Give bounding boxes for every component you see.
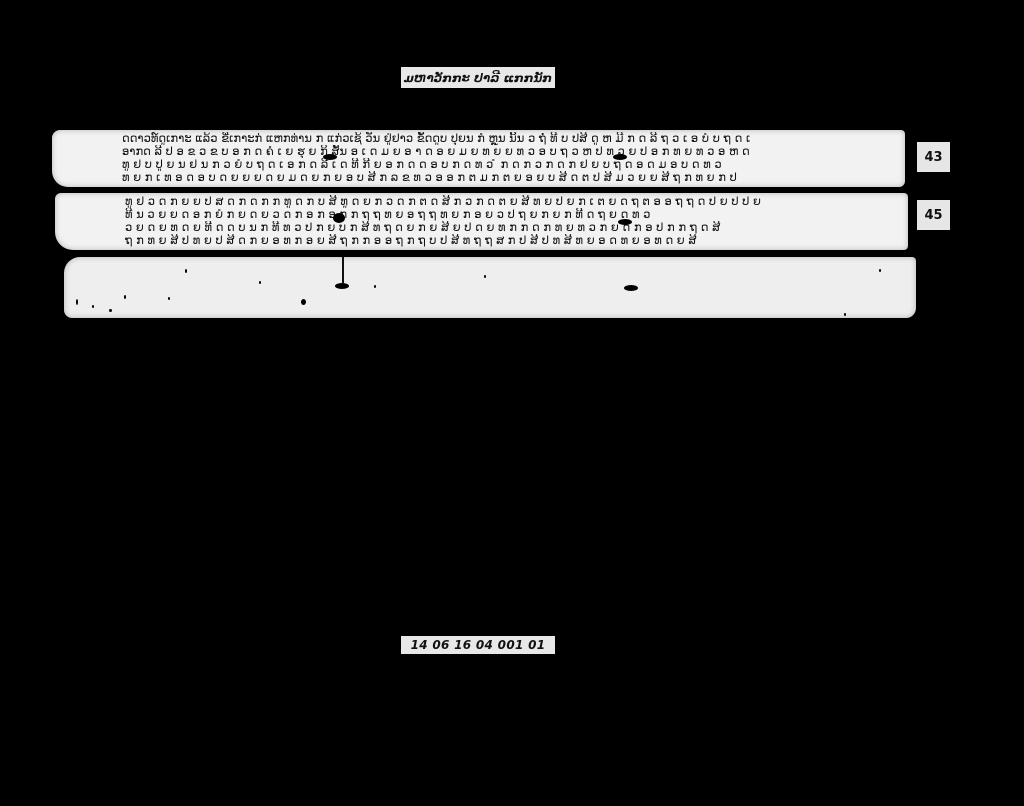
stain-spot (484, 275, 486, 278)
stain-spot (168, 297, 170, 300)
stain-spot (879, 269, 881, 272)
leaf-text-block: ທູ ຢ ວ ດ ກ ຍ ຍ ປ ສ ດ ກ ດ ກ ກ ທູ ດ ກ ບ ສີ… (125, 195, 848, 247)
string-mark (342, 257, 344, 283)
leaf-text-line: ທີ ນ ວ ຍ ຍ ດ ອ ກ ຍໍ ກ ຍ ດ ຍ ວ ດ ກ ອ ກ ອ … (125, 208, 848, 221)
stain-spot (259, 281, 261, 284)
leaf-text-block: ດດາວທ໌ດູເກາະ ແລ້ວ ຂີ່ເກາະກ່ ແຫກທ່ານ ກ ແກ… (122, 132, 845, 184)
string-hole (333, 213, 345, 223)
stain-spot (109, 309, 112, 312)
page-number-tag: 45 (917, 200, 950, 230)
manuscript-title-label: ມຫາວັກກະ ປາລີ ແກກນັກ (401, 67, 555, 88)
stain-spot (374, 285, 376, 288)
palm-leaf-blank (64, 257, 916, 318)
leaf-text-line: ທູ ຢ ບ ປູ ຍ ນ ຢ ນ ກ ວ ຍໍ ບ ຖ ດ ເ ອ ກ ດ ລ… (122, 158, 845, 171)
leaf-text-line: ດດາວທ໌ດູເກາະ ແລ້ວ ຂີ່ເກາະກ່ ແຫກທ່ານ ກ ແກ… (122, 132, 845, 145)
leaf-text-line: ທູ ຢ ວ ດ ກ ຍ ຍ ປ ສ ດ ກ ດ ກ ກ ທູ ດ ກ ບ ສີ… (125, 195, 848, 208)
stain-spot (92, 305, 94, 308)
leaf-text-line: ອາກດ ລີ ປ ອ ຂ ວ ຂ ບ ອ ກ ດ ຄໍ ເ ຍ ຮຸ ຍ ກິ… (122, 145, 845, 158)
string-hole (618, 219, 632, 225)
stain-spot (844, 313, 846, 316)
stain-spot (185, 269, 187, 273)
palm-leaf-page-43: ດດາວທ໌ດູເກາະ ແລ້ວ ຂີ່ເກາະກ່ ແຫກທ່ານ ກ ແກ… (52, 130, 905, 187)
palm-leaf-page-45: ທູ ຢ ວ ດ ກ ຍ ຍ ປ ສ ດ ກ ດ ກ ກ ທູ ດ ກ ບ ສີ… (55, 193, 908, 250)
stain-spot (76, 299, 78, 305)
leaf-text-line: ຖ ກ ທ ຍ ສີ ປ ທ ຍ ປ ສີ ດ ກ ຍ ອ ທ ກ ອ ຍ ສີ… (125, 234, 848, 247)
string-hole (613, 154, 627, 160)
stain-spot (124, 295, 126, 299)
archive-code-label: 14 06 16 04 001 01 (401, 636, 555, 654)
leaf-text-line: ທ ຍ ກ ເ ທ ອ ດ ອ ບ ດ ຍ ຍ ຍ ດ ຍ ມ ດ ຍ ກ ຍ … (122, 171, 845, 184)
stain-spot (301, 299, 306, 305)
leaf-text-line: ວ ຍ ດ ຍ ທ ດ ຍ ທີ ດ ດ ບ ນ ກ ທີ ທ ວ ປ ກ ຍ … (125, 221, 848, 234)
string-hole (624, 285, 638, 291)
page-number-tag: 43 (917, 142, 950, 172)
string-hole (323, 154, 337, 160)
string-hole (335, 283, 349, 289)
